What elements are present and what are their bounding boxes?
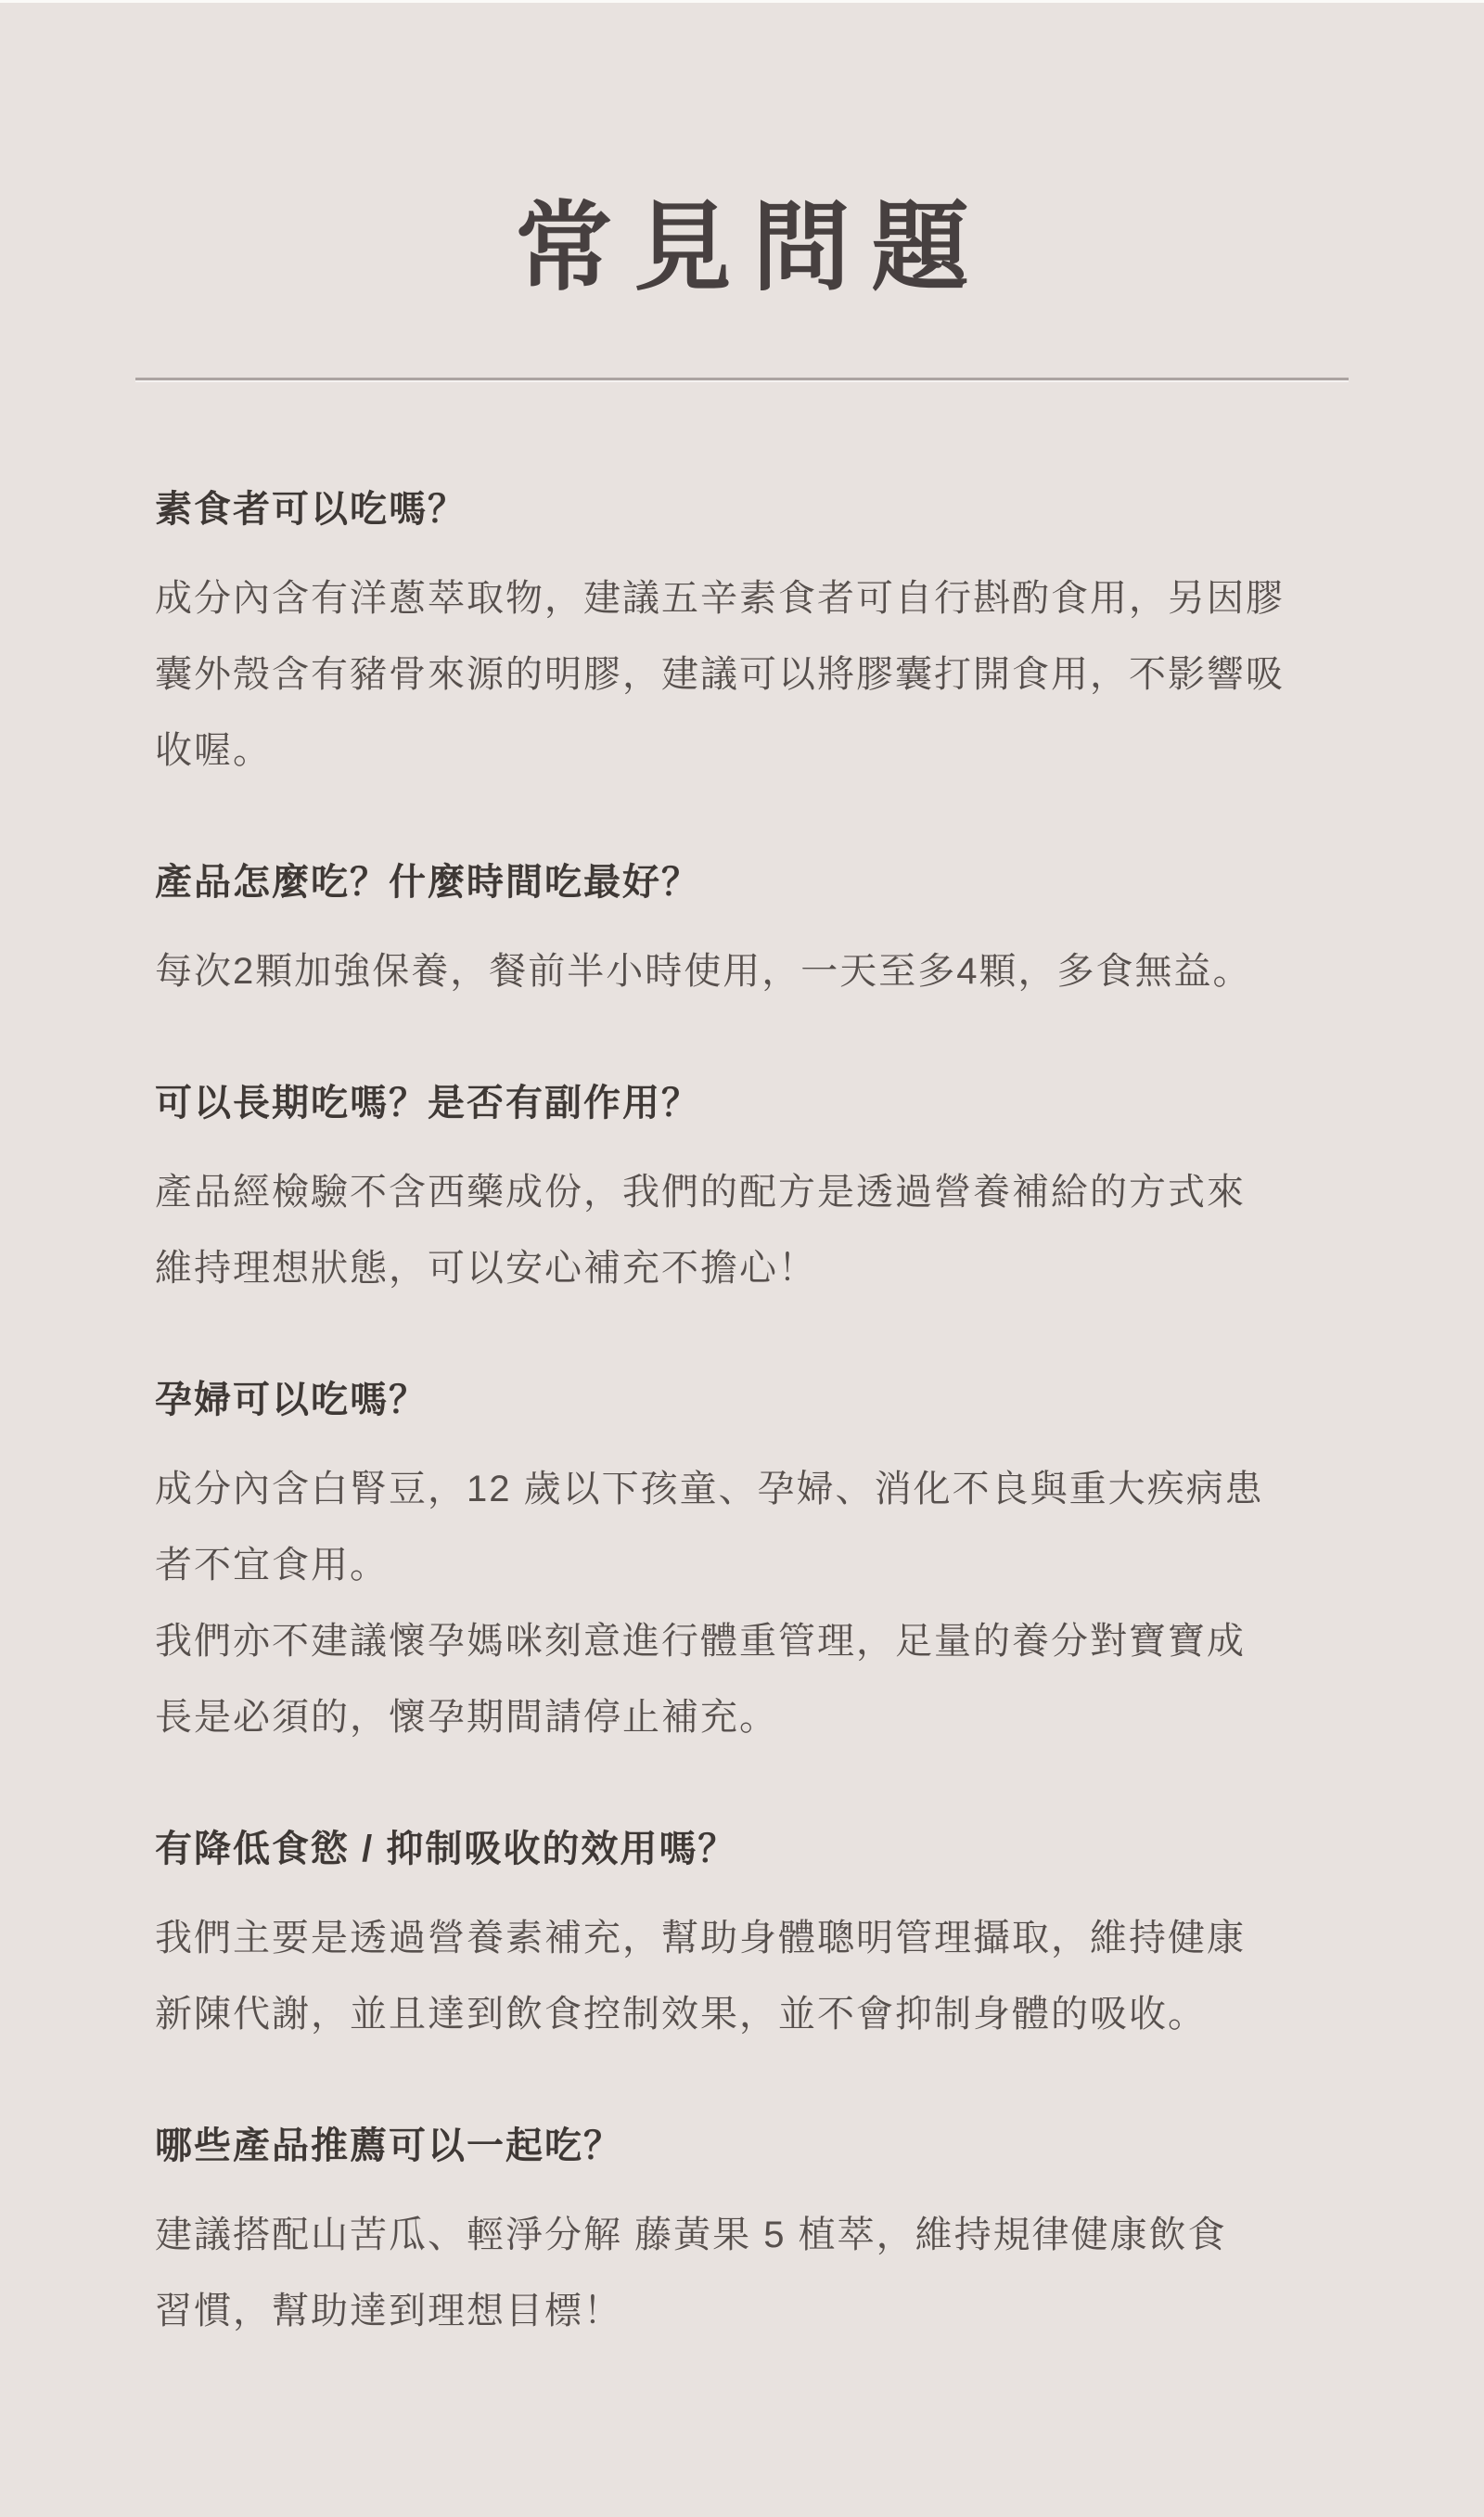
faq-item: 素食者可以吃嗎？ 成分內含有洋蔥萃取物，建議五辛素食者可自行斟酌食用，另因膠囊外… [135, 482, 1349, 789]
faq-question: 素食者可以吃嗎？ [155, 482, 1329, 536]
faq-answer: 成分內含白腎豆，12 歲以下孩童、孕婦、消化不良與重大疾病患者不宜食用。我們亦不… [155, 1451, 1329, 1755]
faq-answer: 每次2顆加強保養，餐前半小時使用，一天至多4顆，多食無益。 [155, 933, 1329, 1009]
faq-answer: 成分內含有洋蔥萃取物，建議五辛素食者可自行斟酌食用，另因膠囊外殼含有豬骨來源的明… [155, 560, 1329, 789]
faq-question: 有降低食慾 / 抑制吸收的效用嗎？ [155, 1822, 1329, 1876]
faq-list: 素食者可以吃嗎？ 成分內含有洋蔥萃取物，建議五辛素食者可自行斟酌食用，另因膠囊外… [135, 482, 1349, 2349]
faq-answer: 我們主要是透過營養素補充，幫助身體聰明管理攝取，維持健康新陳代謝，並且達到飲食控… [155, 1900, 1329, 2052]
page-title: 常見問題 [0, 0, 1484, 301]
faq-item: 有降低食慾 / 抑制吸收的效用嗎？ 我們主要是透過營養素補充，幫助身體聰明管理攝… [135, 1822, 1349, 2052]
page-edge-highlight [0, 0, 1484, 3]
faq-question: 可以長期吃嗎？是否有副作用？ [155, 1076, 1329, 1130]
faq-item: 哪些產品推薦可以一起吃？ 建議搭配山苦瓜、輕淨分解 藤黃果 5 植萃，維持規律健… [135, 2119, 1349, 2349]
faq-answer: 建議搭配山苦瓜、輕淨分解 藤黃果 5 植萃，維持規律健康飲食習慣，幫助達到理想目… [155, 2197, 1329, 2349]
title-divider [135, 378, 1349, 380]
faq-item: 可以長期吃嗎？是否有副作用？ 產品經檢驗不含西藥成份，我們的配方是透過營養補給的… [135, 1076, 1349, 1306]
faq-item: 孕婦可以吃嗎？ 成分內含白腎豆，12 歲以下孩童、孕婦、消化不良與重大疾病患者不… [135, 1373, 1349, 1755]
faq-answer: 產品經檢驗不含西藥成份，我們的配方是透過營養補給的方式來維持理想狀態，可以安心補… [155, 1154, 1329, 1306]
faq-question: 產品怎麼吃？什麼時間吃最好？ [155, 855, 1329, 909]
faq-question: 孕婦可以吃嗎？ [155, 1373, 1329, 1427]
faq-item: 產品怎麼吃？什麼時間吃最好？ 每次2顆加強保養，餐前半小時使用，一天至多4顆，多… [135, 855, 1349, 1009]
faq-question: 哪些產品推薦可以一起吃？ [155, 2119, 1329, 2173]
